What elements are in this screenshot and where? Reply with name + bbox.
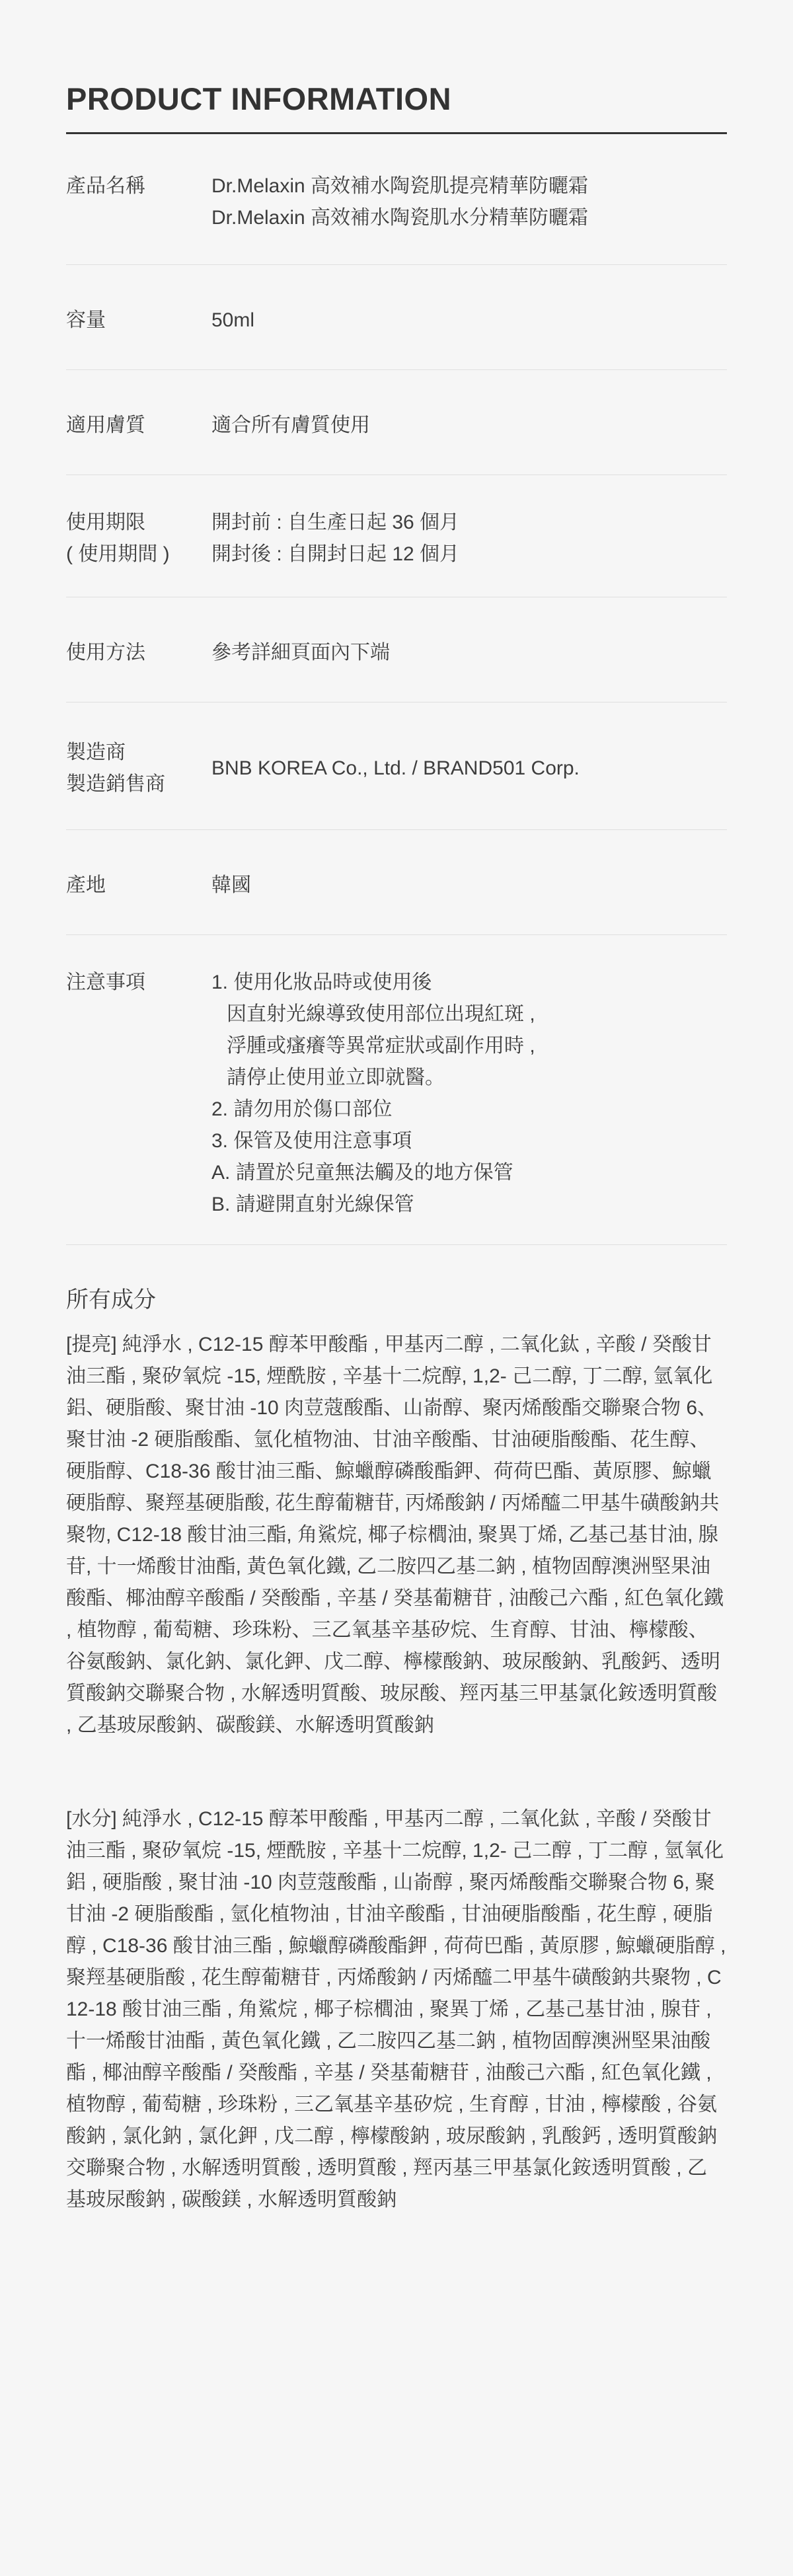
row-value: 50ml	[211, 305, 727, 336]
row-label: 產地	[66, 870, 211, 901]
row-label: 適用膚質	[66, 410, 211, 441]
row-label-text2: ( 使用期間 )	[66, 539, 211, 570]
caution-line: 2. 請勿用於傷口部位	[211, 1094, 727, 1125]
value-line: Dr.Melaxin 高效補水陶瓷肌提亮精華防曬霜	[211, 170, 727, 202]
caution-line: 浮腫或瘙癢等異常症狀或副作用時 ,	[211, 1030, 727, 1062]
row-label-text: 使用期限	[66, 507, 211, 539]
row-label: 產品名稱	[66, 170, 211, 234]
row-label-text2: 製造銷售商	[66, 769, 211, 800]
caution-line: A. 請置於兒童無法觸及的地方保管	[211, 1157, 727, 1189]
info-row-origin: 產地 韓國	[66, 830, 727, 935]
row-label-text: 適用膚質	[66, 410, 211, 441]
row-label-text: 製造商	[66, 737, 211, 769]
row-value: BNB KOREA Co., Ltd. / BRAND501 Corp.	[211, 737, 727, 800]
ingredients-paragraph-brightening: [提亮] 純淨水 , C12-15 醇苯甲酸酯 , 甲基丙二醇 , 二氧化鈦 ,…	[66, 1329, 727, 1741]
page-title: PRODUCT INFORMATION	[66, 83, 727, 115]
info-row-skin-type: 適用膚質 適合所有膚質使用	[66, 370, 727, 475]
row-value: 開封前 : 自生產日起 36 個月 開封後 : 自開封日起 12 個月	[211, 507, 727, 570]
value-line: 50ml	[211, 305, 727, 336]
row-value: 韓國	[211, 870, 727, 901]
info-row-volume: 容量 50ml	[66, 265, 727, 370]
product-info-table: 產品名稱 Dr.Melaxin 高效補水陶瓷肌提亮精華防曬霜 Dr.Melaxi…	[66, 134, 727, 1245]
ingredients-heading: 所有成分	[66, 1284, 727, 1316]
ingredients-section: 所有成分 [提亮] 純淨水 , C12-15 醇苯甲酸酯 , 甲基丙二醇 , 二…	[66, 1284, 727, 2216]
row-label: 注意事項	[66, 967, 211, 1221]
info-row-expiry: 使用期限 ( 使用期間 ) 開封前 : 自生產日起 36 個月 開封後 : 自開…	[66, 475, 727, 597]
row-label: 製造商 製造銷售商	[66, 737, 211, 800]
row-value: 參考詳細頁面內下端	[211, 637, 727, 669]
row-label-text: 產品名稱	[66, 170, 211, 202]
row-label-text: 容量	[66, 305, 211, 336]
row-value: Dr.Melaxin 高效補水陶瓷肌提亮精華防曬霜 Dr.Melaxin 高效補…	[211, 170, 727, 234]
value-line: 適合所有膚質使用	[211, 410, 727, 441]
caution-line: 1. 使用化妝品時或使用後	[211, 967, 727, 999]
value-line: 開封前 : 自生產日起 36 個月	[211, 507, 727, 539]
value-line: 參考詳細頁面內下端	[211, 637, 727, 669]
caution-line: 因直射光線導致使用部位出現紅斑 ,	[211, 999, 727, 1030]
row-label: 使用期限 ( 使用期間 )	[66, 507, 211, 570]
row-value: 適合所有膚質使用	[211, 410, 727, 441]
value-line: BNB KOREA Co., Ltd. / BRAND501 Corp.	[211, 753, 580, 784]
caution-line: 請停止使用並立即就醫。	[211, 1062, 727, 1094]
row-label: 使用方法	[66, 637, 211, 669]
row-label-text: 使用方法	[66, 637, 211, 669]
row-label-text: 產地	[66, 870, 211, 901]
value-line: Dr.Melaxin 高效補水陶瓷肌水分精華防曬霜	[211, 202, 727, 234]
ingredients-paragraph-moisture: [水分] 純淨水 , C12-15 醇苯甲酸酯 , 甲基丙二醇 , 二氧化鈦 ,…	[66, 1803, 727, 2216]
info-row-usage: 使用方法 參考詳細頁面內下端	[66, 597, 727, 702]
product-information-page: PRODUCT INFORMATION 產品名稱 Dr.Melaxin 高效補水…	[66, 0, 727, 2216]
value-line: 開封後 : 自開封日起 12 個月	[211, 539, 727, 570]
row-label-text: 注意事項	[66, 967, 211, 999]
info-row-product-name: 產品名稱 Dr.Melaxin 高效補水陶瓷肌提亮精華防曬霜 Dr.Melaxi…	[66, 134, 727, 265]
info-row-cautions: 注意事項 1. 使用化妝品時或使用後 因直射光線導致使用部位出現紅斑 , 浮腫或…	[66, 935, 727, 1245]
info-row-manufacturer: 製造商 製造銷售商 BNB KOREA Co., Ltd. / BRAND501…	[66, 702, 727, 830]
row-label: 容量	[66, 305, 211, 336]
caution-line: B. 請避開直射光線保管	[211, 1189, 727, 1221]
caution-line: 3. 保管及使用注意事項	[211, 1125, 727, 1157]
value-line: 韓國	[211, 870, 727, 901]
row-value: 1. 使用化妝品時或使用後 因直射光線導致使用部位出現紅斑 , 浮腫或瘙癢等異常…	[211, 967, 727, 1221]
